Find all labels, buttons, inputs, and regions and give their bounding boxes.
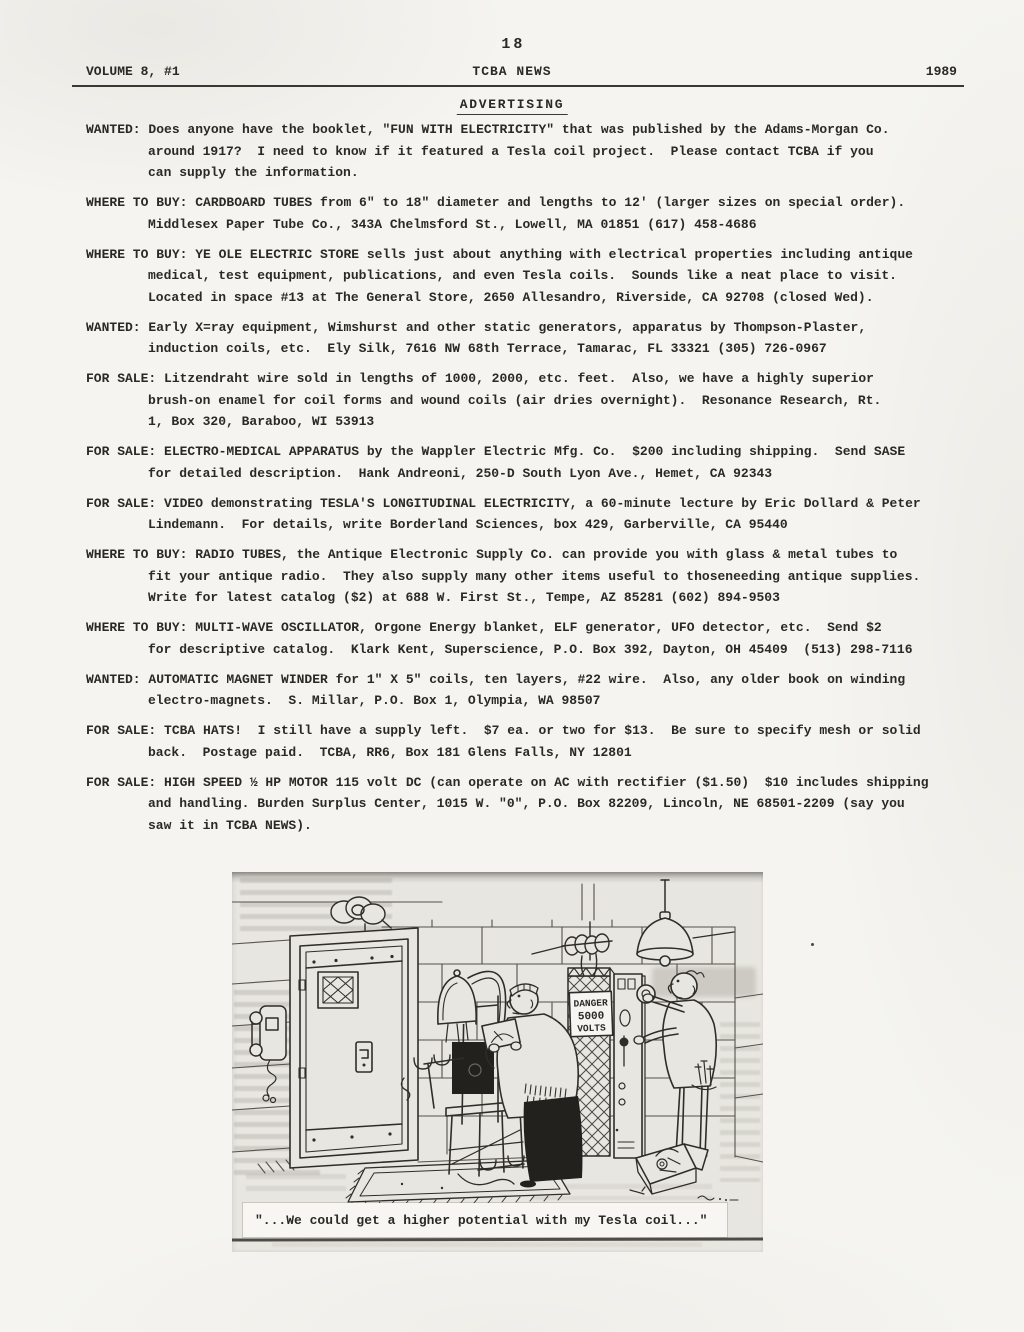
ad-line: WHERE TO BUY: YE OLE ELECTRIC STORE sell…: [86, 244, 929, 266]
ad-line: 1, Box 320, Baraboo, WI 53913: [86, 411, 929, 433]
header-rule: [72, 85, 964, 87]
ad-line: Middlesex Paper Tube Co., 343A Chelmsfor…: [86, 214, 929, 236]
danger-sign-line3: VOLTS: [577, 1022, 606, 1034]
header-volume: VOLUME 8, #1: [86, 64, 180, 79]
classified-ad: WHERE TO BUY: MULTI-WAVE OSCILLATOR, Org…: [86, 617, 929, 660]
ad-line: medical, test equipment, publications, a…: [86, 265, 929, 287]
ceiling-lamp: [637, 880, 734, 966]
cartoon-caption: "...We could get a higher potential with…: [243, 1203, 727, 1237]
classified-ad: WANTED: Early X=ray equipment, Wimshurst…: [86, 317, 929, 360]
classified-ad: FOR SALE: TCBA HATS! I still have a supp…: [86, 720, 929, 763]
classified-ad: FOR SALE: HIGH SPEED ½ HP MOTOR 115 volt…: [86, 772, 929, 837]
classified-ad: WHERE TO BUY: CARDBOARD TUBES from 6" to…: [86, 192, 929, 235]
ad-line: Lindemann. For details, write Borderland…: [86, 514, 929, 536]
classified-ad: WHERE TO BUY: YE OLE ELECTRIC STORE sell…: [86, 244, 929, 309]
classified-ad: WHERE TO BUY: RADIO TUBES, the Antique E…: [86, 544, 929, 609]
ad-line: WHERE TO BUY: CARDBOARD TUBES from 6" to…: [86, 192, 929, 214]
ad-line: Write for latest catalog ($2) at 688 W. …: [86, 587, 929, 609]
classified-ad: FOR SALE: Litzendraht wire sold in lengt…: [86, 368, 929, 433]
danger-sign: DANGER 5000 VOLTS: [569, 991, 613, 1036]
ad-line: electro-magnets. S. Millar, P.O. Box 1, …: [86, 690, 929, 712]
ad-line: FOR SALE: ELECTRO-MEDICAL APPARATUS by t…: [86, 441, 929, 463]
page-number: 18: [501, 36, 525, 53]
newsletter-page: 18 VOLUME 8, #1 TCBA NEWS 1989 ADVERTISI…: [0, 0, 1024, 1332]
ad-line: for descriptive catalog. Klark Kent, Sup…: [86, 639, 929, 661]
ad-line: WHERE TO BUY: MULTI-WAVE OSCILLATOR, Org…: [86, 617, 929, 639]
danger-sign-line1: DANGER: [573, 997, 608, 1009]
ad-line: fit your antique radio. They also supply…: [86, 566, 929, 588]
ad-line: induction coils, etc. Ely Silk, 7616 NW …: [86, 338, 929, 360]
ad-line: and handling. Burden Surplus Center, 101…: [86, 793, 929, 815]
ink-speck: [811, 943, 814, 946]
classified-ad: FOR SALE: ELECTRO-MEDICAL APPARATUS by t…: [86, 441, 929, 484]
section-title: ADVERTISING: [457, 97, 568, 115]
wall-phone: [250, 1006, 286, 1103]
ad-line: saw it in TCBA NEWS).: [86, 815, 929, 837]
ad-line: WANTED: Does anyone have the booklet, "F…: [86, 119, 929, 141]
ad-line: Located in space #13 at The General Stor…: [86, 287, 929, 309]
ad-line: FOR SALE: HIGH SPEED ½ HP MOTOR 115 volt…: [86, 772, 929, 794]
classified-ad: FOR SALE: VIDEO demonstrating TESLA'S LO…: [86, 493, 929, 536]
cassock: [524, 1096, 583, 1182]
artist-signature: [698, 1196, 738, 1201]
ad-line: FOR SALE: TCBA HATS! I still have a supp…: [86, 720, 929, 742]
classified-ad: WANTED: AUTOMATIC MAGNET WINDER for 1" X…: [86, 669, 929, 712]
ad-line: WANTED: AUTOMATIC MAGNET WINDER for 1" X…: [86, 669, 929, 691]
lever-handle: [620, 1038, 629, 1047]
prison-door: [290, 897, 418, 1168]
ad-line: WANTED: Early X=ray equipment, Wimshurst…: [86, 317, 929, 339]
ad-line: FOR SALE: Litzendraht wire sold in lengt…: [86, 368, 929, 390]
ad-line: brush-on enamel for coil forms and wound…: [86, 390, 929, 412]
classified-ad: WANTED: Does anyone have the booklet, "F…: [86, 119, 929, 184]
header-year: 1989: [926, 64, 957, 79]
danger-sign-line2: 5000: [578, 1011, 605, 1024]
technician-figure: [634, 971, 716, 1164]
cartoon-caption-text: "...We could get a higher potential with…: [255, 1213, 707, 1228]
ad-line: WHERE TO BUY: RADIO TUBES, the Antique E…: [86, 544, 929, 566]
ad-line: for detailed description. Hank Andreoni,…: [86, 463, 929, 485]
header-title: TCBA NEWS: [472, 64, 551, 79]
cartoon-clipping: DANGER 5000 VOLTS: [232, 872, 763, 1252]
ad-line: around 1917? I need to know if it featur…: [86, 141, 929, 163]
ads-list: WANTED: Does anyone have the booklet, "F…: [86, 119, 929, 845]
cartoon-drawing: DANGER 5000 VOLTS: [232, 872, 763, 1252]
ad-line: back. Postage paid. TCBA, RR6, Box 181 G…: [86, 742, 929, 764]
ad-line: can supply the information.: [86, 162, 929, 184]
ad-line: FOR SALE: VIDEO demonstrating TESLA'S LO…: [86, 493, 929, 515]
